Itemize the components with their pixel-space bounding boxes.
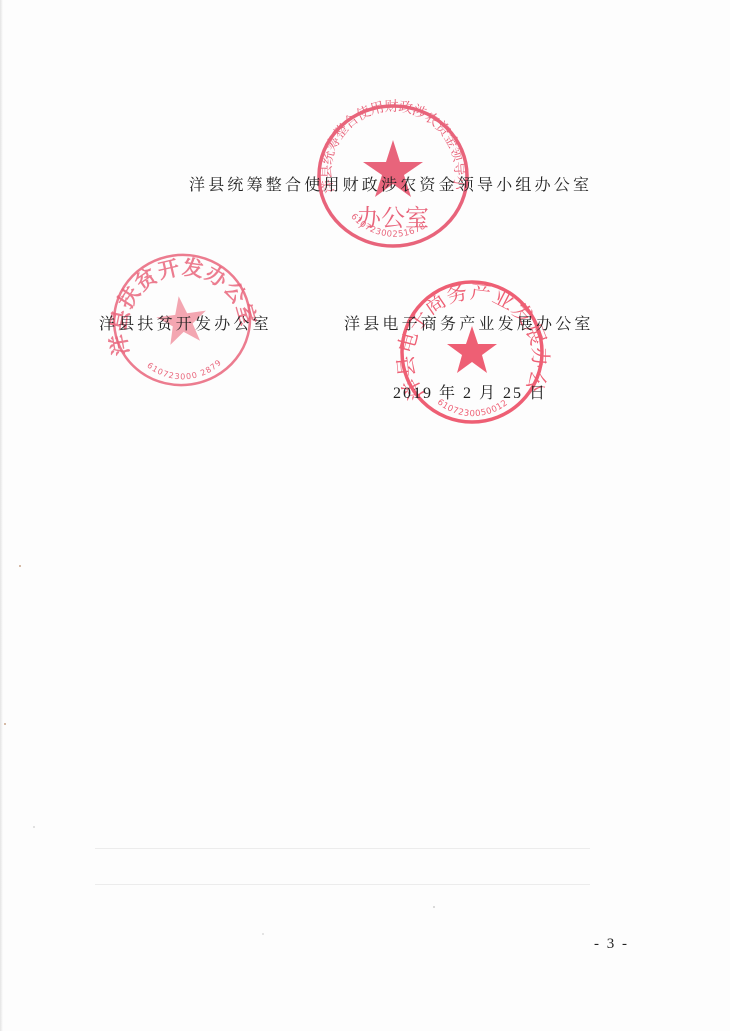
show-through-line [95,848,590,849]
official-seal-ecommerce-office: 洋县电子商务产业发展办公室 6107230050012 [397,277,547,427]
signatory-ecommerce-office: 洋县电子商务产业发展办公室 [344,311,594,334]
scan-speck [33,826,35,828]
signatory-poverty-alleviation-office: 洋县扶贫开发办公室 [99,311,272,334]
scan-speck [4,723,6,725]
scan-edge-shadow [0,0,3,1031]
page-number: - 3 - [594,936,629,953]
scan-speck [433,906,435,908]
signatory-coordination-office: 洋县统筹整合使用财政涉农资金领导小组办公室 [189,172,592,195]
scan-speck [262,933,264,935]
document-page: 洋县统筹整合使用财政涉农资金领导小组 办公室 61072300251678 洋县… [0,0,730,1031]
show-through-line [95,884,590,885]
issue-date: 2019 年 2 月 25 日 [393,380,547,403]
scan-speck [19,565,21,567]
